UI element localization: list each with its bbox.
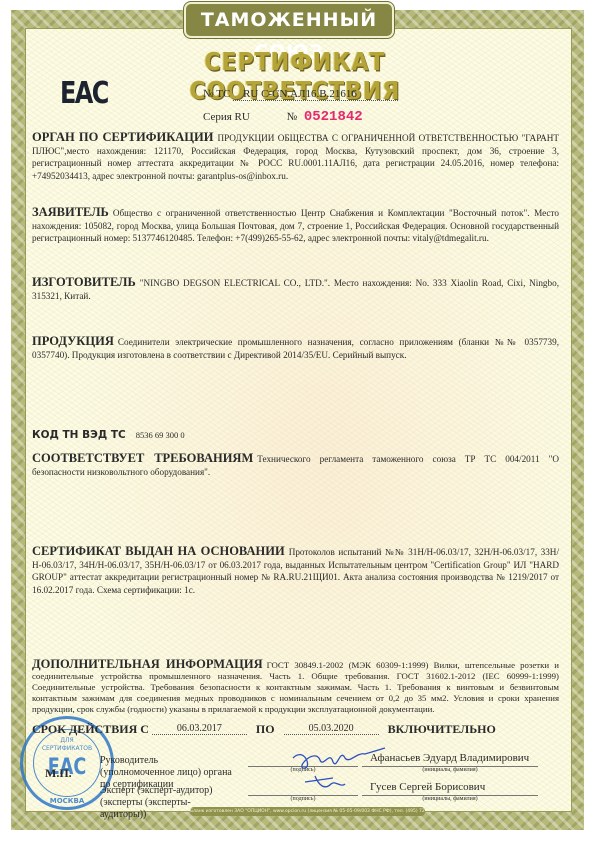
series-number: 0521842 xyxy=(304,109,363,125)
section-conforms: СООТВЕТСТВУЕТ ТРЕБОВАНИЯМТехнического ре… xyxy=(32,452,559,478)
series-label: Серия RU xyxy=(203,111,250,123)
seal-label: М.П. xyxy=(45,766,72,781)
section-manufacturer: ИЗГОТОВИТЕЛЬ"NINGBO DEGSON ELECTRICAL CO… xyxy=(32,276,559,302)
eac-logo-icon: ЕАС xyxy=(60,77,92,111)
section-additional: ДОПОЛНИТЕЛЬНАЯ ИНФОРМАЦИЯГОСТ 30849.1-20… xyxy=(32,659,559,715)
stamp-line1: ДЛЯ xyxy=(23,737,111,744)
section-label: КОД ТН ВЭД ТС xyxy=(32,429,126,441)
section-text: Общество с ограниченной ответственностью… xyxy=(32,208,559,243)
section-hs-code: КОД ТН ВЭД ТС8536 69 300 0 xyxy=(32,429,559,442)
section-label: СЕРТИФИКАТ ВЫДАН НА ОСНОВАНИИ xyxy=(32,544,285,558)
section-label: ДОПОЛНИТЕЛЬНАЯ ИНФОРМАЦИЯ xyxy=(32,657,263,671)
validity-suffix: ВКЛЮЧИТЕЛЬНО xyxy=(388,722,496,736)
section-label: СООТВЕТСТВУЕТ ТРЕБОВАНИЯМ xyxy=(32,451,253,465)
validity-from-label: СРОК ДЕЙСТВИЯ С xyxy=(32,722,149,736)
validity-from-date: 06.03.2017 xyxy=(152,723,247,735)
printer-footer: Бланк изготовлен ЗАО "ОПЦИОН", www.opcio… xyxy=(190,807,425,816)
head-name-caption: (инициалы, фамилия) xyxy=(362,766,538,773)
customs-union-banner: ТАМОЖЕННЫЙ СОЮЗ xyxy=(184,2,394,38)
validity-to-date: 05.03.2020 xyxy=(284,723,379,735)
section-label: ИЗГОТОВИТЕЛЬ xyxy=(32,275,136,289)
head-name: Афанасьев Эдуард Владимирович xyxy=(370,752,529,764)
section-product: ПРОДУКЦИЯСоединители электрические промы… xyxy=(32,335,559,361)
section-applicant: ЗАЯВИТЕЛЬОбщество с ограниченной ответст… xyxy=(32,206,559,245)
section-label: ЗАЯВИТЕЛЬ xyxy=(32,205,109,219)
section-basis: СЕРТИФИКАТ ВЫДАН НА ОСНОВАНИИПротоколов … xyxy=(32,545,559,596)
section-text: 8536 69 300 0 xyxy=(136,430,185,440)
series-no-label: № xyxy=(287,111,298,123)
stamp-line2: СЕРТИФИКАТОВ xyxy=(23,745,111,752)
section-label: ОРГАН ПО СЕРТИФИКАЦИИ xyxy=(32,130,213,144)
section-label: ПРОДУКЦИЯ xyxy=(32,334,114,348)
tc-number: RU C-CN.АЛ16.В.21616 xyxy=(233,88,398,101)
validity-line: СРОК ДЕЙСТВИЯ С 06.03.2017 ПО 05.03.2020… xyxy=(32,722,572,737)
validity-to-label: ПО xyxy=(256,722,275,736)
expert-name: Гусев Сергей Борисович xyxy=(370,781,485,793)
tc-label: № ТС xyxy=(203,88,230,100)
expert-name-caption: (инициалы, фамилия) xyxy=(362,795,538,802)
tc-number-line: № ТС RU C-CN.АЛ16.В.21616 xyxy=(203,88,398,101)
stamp-bottom: МОСКВА xyxy=(23,797,111,805)
series-line: Серия RU № 0521842 xyxy=(203,109,363,125)
section-certification-body: ОРГАН ПО СЕРТИФИКАЦИИПРОДУКЦИИ ОБЩЕСТВА … xyxy=(32,131,559,182)
